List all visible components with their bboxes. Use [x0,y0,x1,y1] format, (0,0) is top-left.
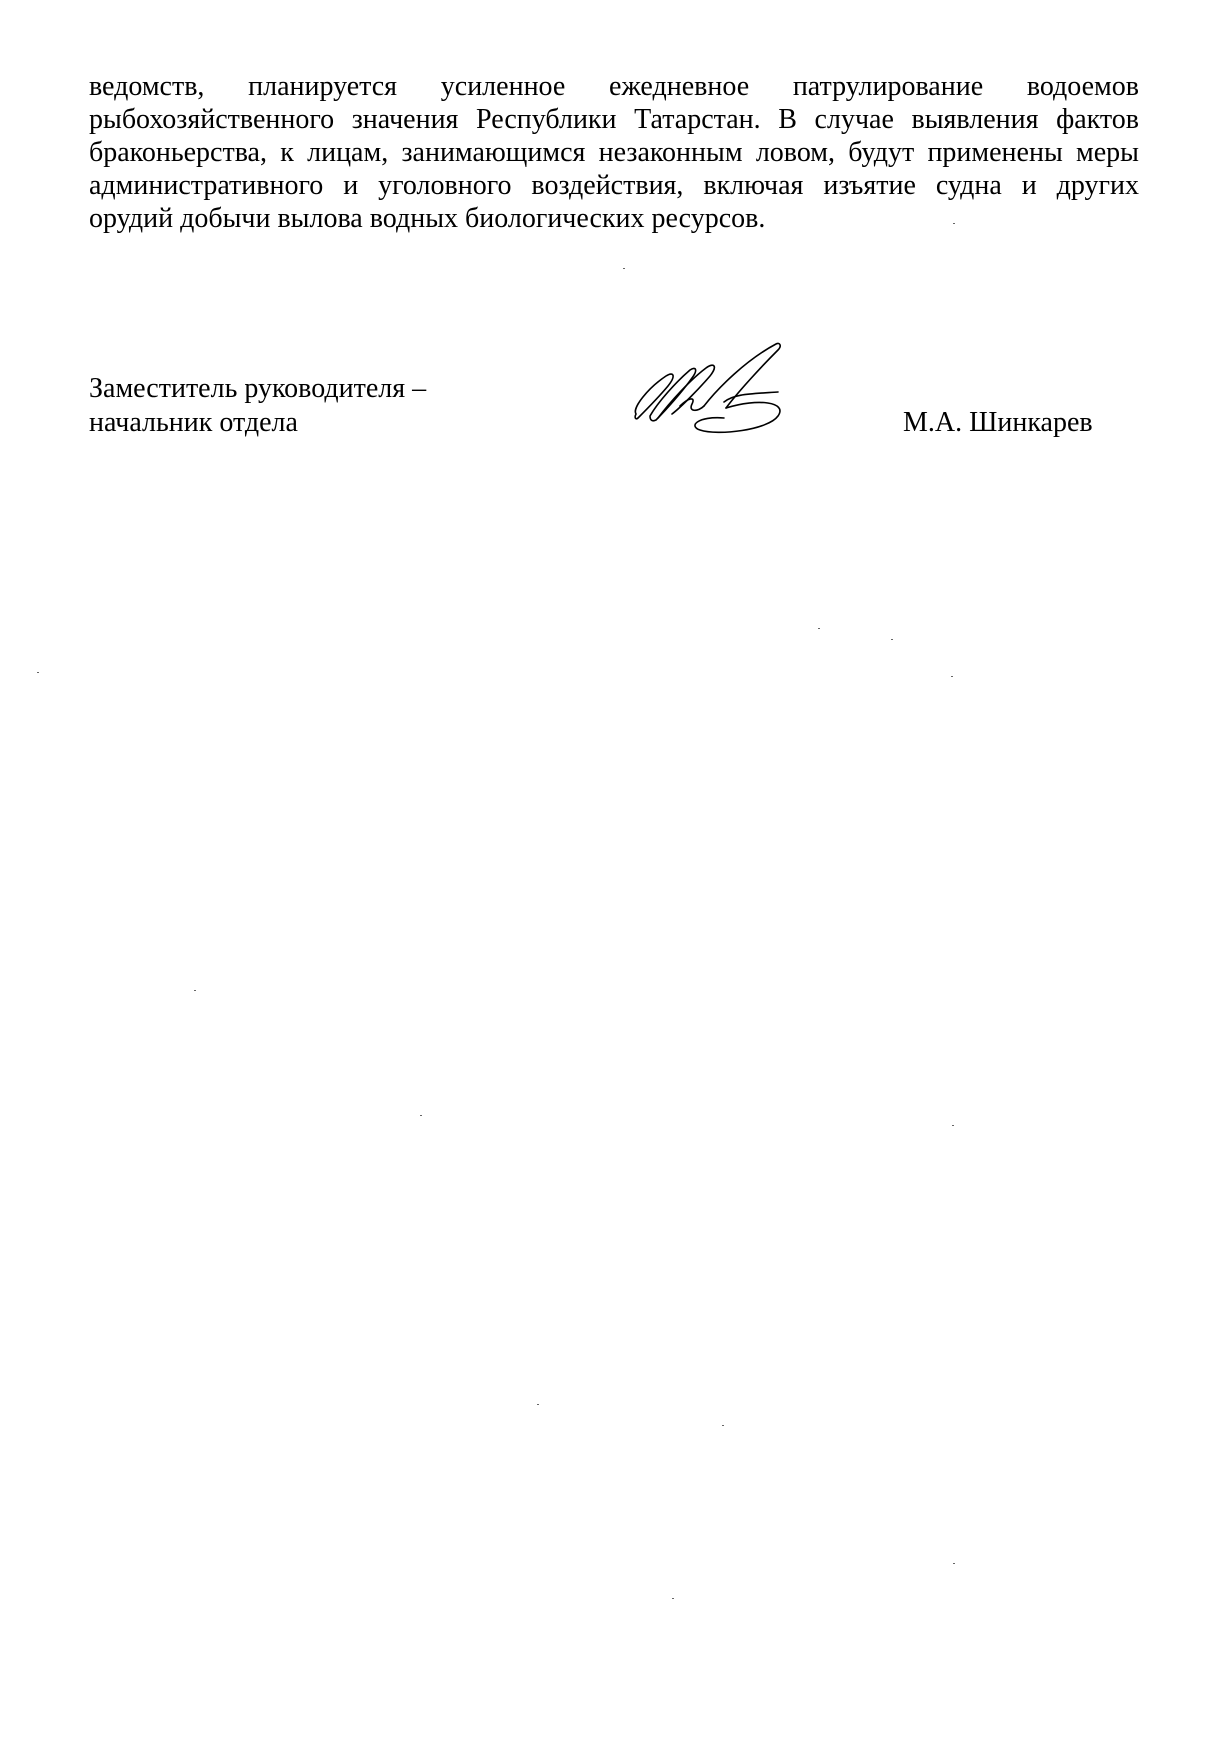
scan-speck [952,1125,954,1126]
body-line: орудий добычи вылова водных биологически… [89,202,1139,235]
body-line: браконьерства, к лицам, занимающимся нез… [89,136,1139,169]
body-paragraph: ведомств, планируется усиленное ежедневн… [89,70,1139,235]
scan-speck [953,223,955,224]
body-line: ведомств, планируется усиленное ежедневн… [89,70,1139,103]
body-line: рыбохозяйственного значения Республики Т… [89,103,1139,136]
scan-speck [951,676,953,677]
scan-speck [672,1598,674,1599]
signer-name: М.А. Шинкарев [903,406,1093,440]
scan-speck [891,639,893,640]
scan-speck [818,628,820,629]
position-line-2: начальник отдела [89,406,426,440]
handwritten-signature-icon [628,336,798,451]
position-line-1: Заместитель руководителя – [89,372,426,406]
scan-speck [194,990,196,991]
document-page: ведомств, планируется усиленное ежедневн… [0,0,1228,1742]
scan-speck [623,268,625,269]
body-line: административного и уголовного воздейств… [89,169,1139,202]
scan-speck [37,672,39,673]
scan-speck [420,1115,422,1116]
signer-position: Заместитель руководителя – начальник отд… [89,372,426,440]
scan-speck [722,1425,724,1426]
scan-speck [953,1563,955,1564]
scan-speck [537,1404,539,1405]
